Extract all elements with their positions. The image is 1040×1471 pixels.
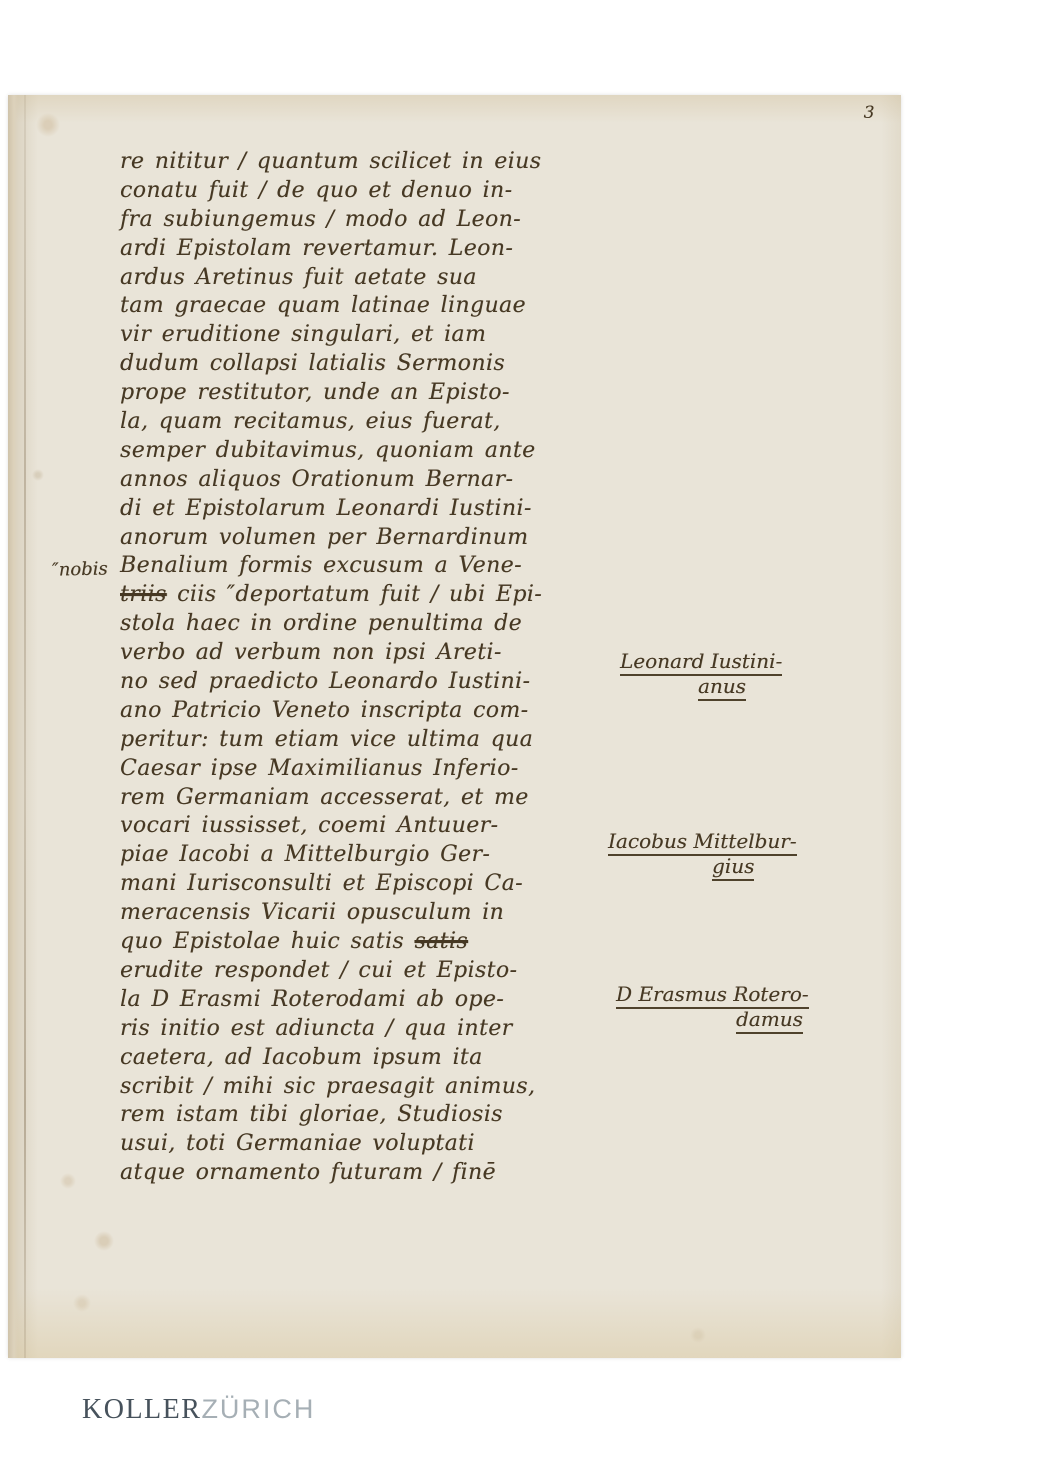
brand-zurich: ZÜRICH [201,1394,315,1425]
manuscript-line: piae Iacobi a Mittelburgio Ger- [120,841,612,870]
manuscript-line: peritur: tum etiam vice ultima qua [120,726,612,755]
manuscript-line: vocari iussisset, coemi Antuuer- [120,812,612,841]
manuscript-line: scribit / mihi sic praesagit animus, [120,1073,612,1102]
manuscript-line: ano Patricio Veneto inscripta com- [120,697,612,726]
manuscript-line: caetera, ad Iacobum ipsum ita [120,1044,612,1073]
manuscript-line: Caesar ipse Maximilianus Inferio- [120,755,612,784]
binding-edge [8,95,18,1358]
manuscript-line: ardi Epistolam revertamur. Leon- [120,235,612,264]
margin-note-iacobus-line2: gius [712,854,754,881]
manuscript-line: semper dubitavimus, quoniam ante [120,437,612,466]
manuscript-line: ardus Aretinus fuit aetate sua [120,264,612,293]
margin-note-nobis: ″nobis [52,556,108,582]
manuscript-line: stola haec in ordine penultima de [120,610,612,639]
brand-koller: KOLLER [82,1394,201,1426]
paper-crease [24,95,26,1358]
manuscript-line: re nititur / quantum scilicet in eius [120,148,612,177]
footer-logo: KOLLERZÜRICH [82,1394,315,1428]
manuscript-line: tam graecae quam latinae linguae [120,292,612,321]
manuscript-line: annos aliquos Orationum Bernar- [120,466,612,495]
manuscript-line: di et Epistolarum Leonardi Iustini- [120,495,612,524]
manuscript-line: ris initio est adiuncta / qua inter [120,1015,612,1044]
manuscript-line: anorum volumen per Bernardinum [120,524,612,553]
manuscript-line: verbo ad verbum non ipsi Areti- [120,639,612,668]
margin-note-iacobus-mittelburgius: Iacobus Mittelbur- gius [608,829,797,879]
manuscript-line: no sed praedicto Leonardo Iustini- [120,668,612,697]
manuscript-line: atque ornamento futuram / finē [120,1159,612,1188]
margin-note-leonard-line1: Leonard Iustini- [620,649,782,676]
manuscript-line: triis ciis ″deportatum fuit / ubi Epi- [120,581,612,610]
margin-note-leonard-iustinianus: Leonard Iustini- anus [620,649,782,699]
manuscript-line: la, quam recitamus, eius fuerat, [120,408,612,437]
manuscript-line: erudite respondet / cui et Episto- [120,957,612,986]
manuscript-line: usui, toti Germaniae voluptati [120,1130,612,1159]
margin-note-iacobus-line1: Iacobus Mittelbur- [608,829,797,856]
margin-note-nobis-text: ″nobis [52,558,108,580]
manuscript-line: meracensis Vicarii opusculum in [120,899,612,928]
folio-number: 3 [854,103,884,123]
manuscript-line: dudum collapsi latialis Sermonis [120,350,612,379]
manuscript-line: vir eruditione singulari, et iam [120,321,612,350]
manuscript-line: prope restitutor, unde an Episto- [120,379,612,408]
margin-note-erasmus-roterodamus: D Erasmus Rotero- damus [616,982,809,1032]
manuscript-line: Benalium formis excusum a Vene- [120,552,612,581]
manuscript-line: rem Germaniam accesserat, et me [120,784,612,813]
manuscript-line: conatu fuit / de quo et denuo in- [120,177,612,206]
manuscript-text-block: re nititur / quantum scilicet in eius co… [120,148,612,1188]
manuscript-photo: 3 re nititur / quantum scilicet in eius … [8,95,901,1358]
manuscript-line: mani Iurisconsulti et Episcopi Ca- [120,870,612,899]
manuscript-line: fra subiungemus / modo ad Leon- [120,206,612,235]
margin-note-erasmus-line2: damus [736,1007,803,1034]
margin-note-erasmus-line1: D Erasmus Rotero- [616,982,809,1009]
manuscript-line: la D Erasmi Roterodami ab ope- [120,986,612,1015]
margin-note-leonard-line2: anus [698,674,746,701]
manuscript-line: rem istam tibi gloriae, Studiosis [120,1101,612,1130]
manuscript-line: quo Epistolae huic satis satis [120,928,612,957]
